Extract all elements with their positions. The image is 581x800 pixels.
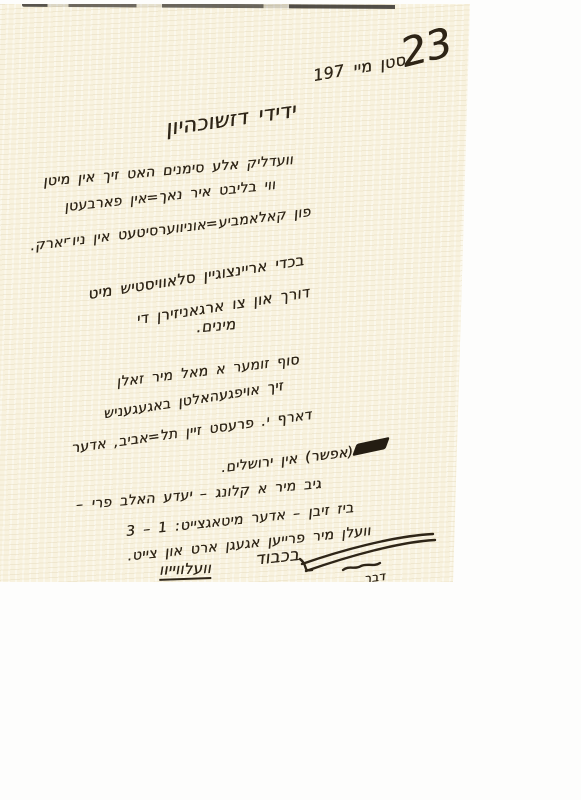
- scan-top-edge: [22, 3, 446, 10]
- date-text: סטן מיי 197: [312, 52, 407, 84]
- signature-scribble: דבר: [363, 570, 386, 585]
- salutation: ידידי דזשוכהיון: [163, 100, 296, 139]
- handwritten-line: מינים.: [195, 317, 236, 335]
- underlined-postscript: וועלווייוו: [159, 561, 212, 581]
- scanned-letter: 23 סטן מיי 197 ידידי דזשוכהיון וועדליק א…: [0, 0, 581, 800]
- handwritten-line: (אפשר) אין ירושלים.: [220, 445, 354, 475]
- signature-flourish-icon: [297, 526, 437, 578]
- ink-blot-redaction: [352, 437, 390, 456]
- closing-word: בכבוד: [254, 547, 300, 569]
- letter-paper: 23 סטן מיי 197 ידידי דזשוכהיון וועדליק א…: [0, 4, 471, 582]
